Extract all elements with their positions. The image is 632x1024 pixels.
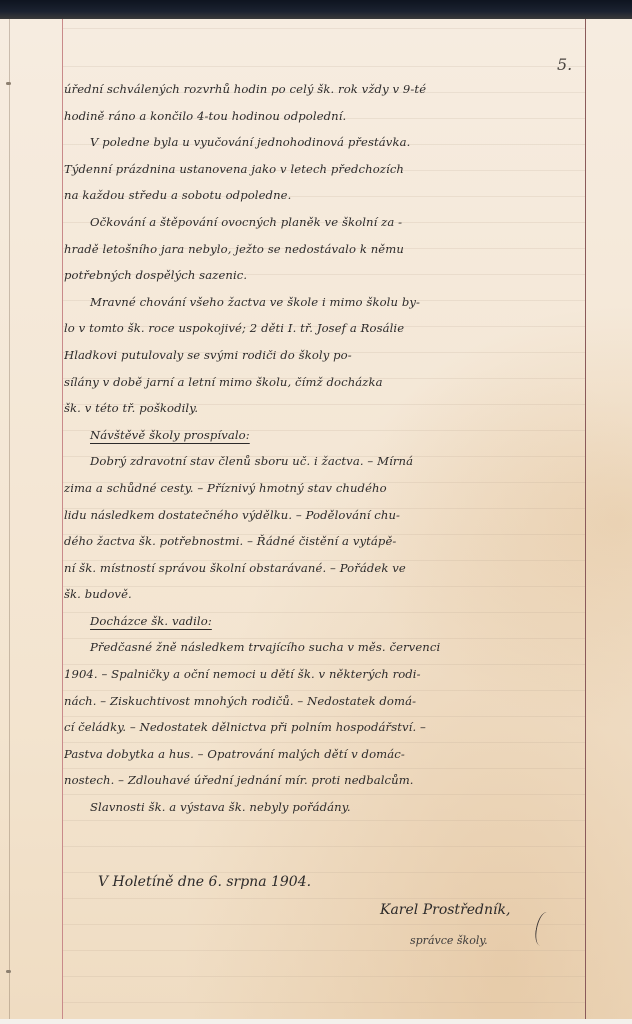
text-line: hradě letošního jara nebylo, ježto se ne… — [64, 236, 584, 263]
signature-title: správce školy. — [410, 934, 488, 947]
place-and-date: V Holetíně dne 6. srpna 1904. — [98, 874, 311, 890]
text-line: lidu následkem dostatečného výdělku. – P… — [64, 502, 584, 529]
text-line: nostech. – Zdlouhavé úřední jednání mír.… — [64, 767, 584, 794]
text-line: cí čeládky. – Nedostatek dělnictva při p… — [64, 714, 584, 741]
text-line: nách. – Ziskuchtivost mnohých rodičů. – … — [64, 688, 584, 715]
section-heading-text: Návštěvě školy prospívalo: — [90, 428, 250, 442]
text-line: Předčasné žně následkem trvajícího sucha… — [64, 634, 584, 661]
section-heading: Docházce šk. vadilo: — [64, 608, 584, 635]
text-line: zima a schůdné cesty. – Příznivý hmotný … — [64, 475, 584, 502]
scan-bottom-edge — [0, 1019, 632, 1024]
text-line: lo v tomto šk. roce uspokojivé; 2 děti I… — [64, 315, 584, 342]
binding-line — [9, 19, 10, 1019]
text-line: na každou středu a sobotu odpoledne. — [64, 182, 584, 209]
signature-name: Karel Prostředník, — [380, 902, 510, 918]
text-line: sílány v době jarní a letní mimo školu, … — [64, 369, 584, 396]
left-margin-rule — [62, 19, 63, 1019]
text-line: hodině ráno a končilo 4-tou hodinou odpo… — [64, 103, 584, 130]
text-line: šk. v této tř. poškodily. — [64, 395, 584, 422]
text-line: dého žactva šk. potřebnostmi. – Řádné či… — [64, 528, 584, 555]
text-line: úřední schválených rozvrhů hodin po celý… — [64, 76, 584, 103]
text-line: šk. budově. — [64, 581, 584, 608]
text-line: ní šk. místností správou školní obstaráv… — [64, 555, 584, 582]
scan-top-edge — [0, 0, 632, 19]
binding-mark — [6, 82, 11, 85]
section-heading: Návštěvě školy prospívalo: — [64, 422, 584, 449]
right-margin-rule — [585, 19, 586, 1019]
handwritten-body: úřední schválených rozvrhů hodin po celý… — [64, 76, 584, 821]
page-number: 5. — [557, 55, 572, 74]
binding-mark — [6, 970, 11, 973]
text-line: Pastva dobytka a hus. – Opatrování malýc… — [64, 741, 584, 768]
text-line: V poledne byla u vyučování jednohodinová… — [64, 129, 584, 156]
text-line: potřebných dospělých sazenic. — [64, 262, 584, 289]
text-line: Týdenní prázdnina ustanovena jako v lete… — [64, 156, 584, 183]
text-line: Hladkovi putulovaly se svými rodiči do š… — [64, 342, 584, 369]
text-line: Slavnosti šk. a výstava šk. nebyly pořád… — [64, 794, 584, 821]
text-line: Dobrý zdravotní stav členů sboru uč. i ž… — [64, 448, 584, 475]
text-line: Mravné chování všeho žactva ve škole i m… — [64, 289, 584, 316]
text-line: 1904. – Spalničky a oční nemoci u dětí š… — [64, 661, 584, 688]
text-line: Očkování a štěpování ovocných planěk ve … — [64, 209, 584, 236]
section-heading-text: Docházce šk. vadilo: — [90, 614, 212, 628]
